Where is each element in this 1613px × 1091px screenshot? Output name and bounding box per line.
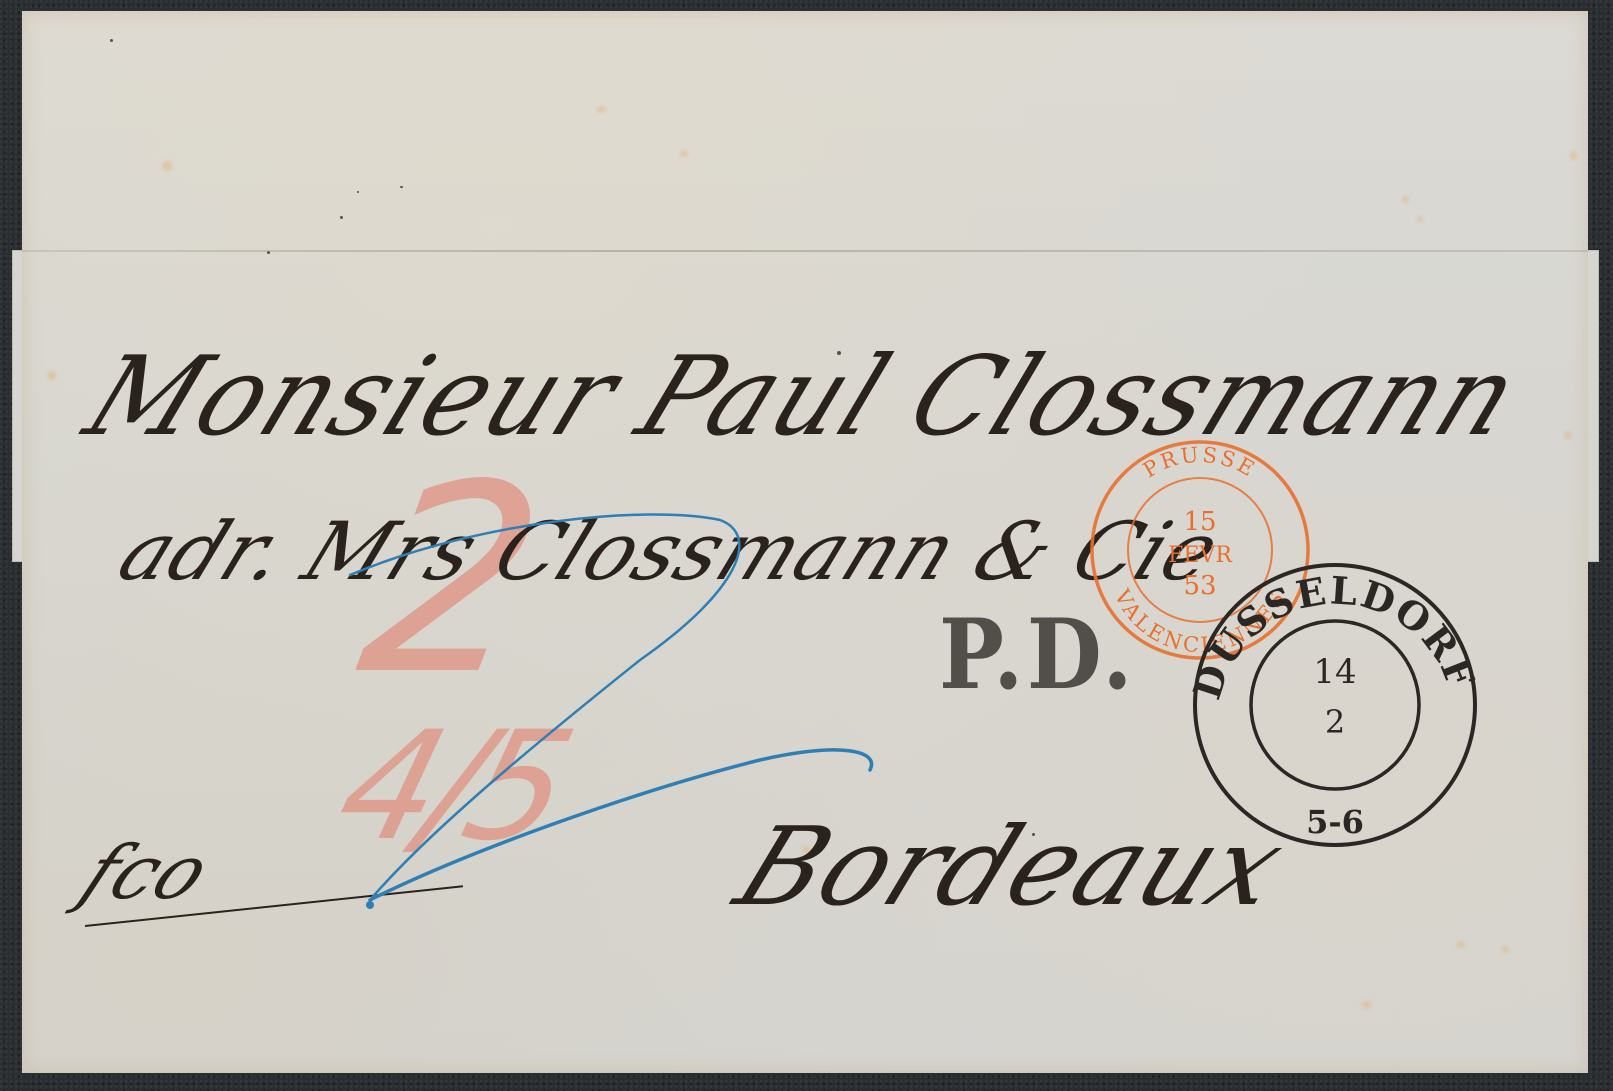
markings-overlay: PRUSSE VALENCIENNES 15 FEVR 53 DUSSELDOR… (0, 0, 1613, 1091)
dusseldorf-postmark: DUSSELDORF 14 2 5-6 (1184, 565, 1484, 845)
svg-text:2: 2 (1325, 703, 1345, 741)
blue-crayon-rate (350, 515, 872, 909)
svg-text:PRUSSE: PRUSSE (1139, 443, 1261, 483)
svg-text:15: 15 (1183, 507, 1216, 537)
svg-text:53: 53 (1183, 571, 1216, 601)
svg-text:5-6: 5-6 (1306, 803, 1364, 841)
svg-text:14: 14 (1313, 652, 1356, 692)
svg-text:FEVR: FEVR (1168, 543, 1233, 568)
